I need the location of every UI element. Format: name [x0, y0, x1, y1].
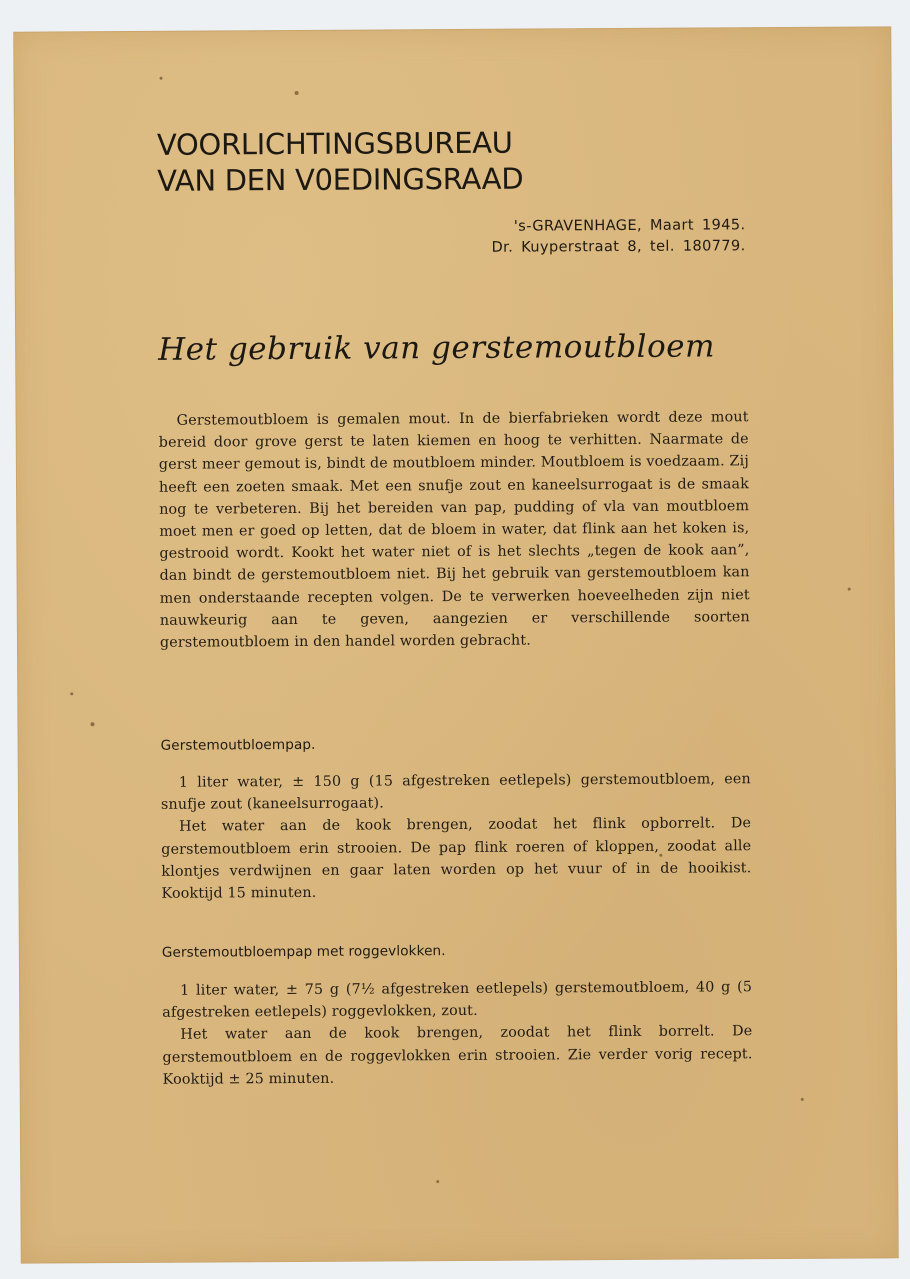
recipe-body: 1 liter water, ± 150 g (15 afgestreken e…: [161, 768, 752, 905]
organization-letterhead: VOORLICHTINGSBUREAU VAN DEN V0EDINGSRAAD: [157, 125, 524, 199]
document-page: VOORLICHTINGSBUREAU VAN DEN V0EDINGSRAAD…: [14, 27, 897, 1262]
paper-speck: [436, 1180, 439, 1183]
paper-speck: [90, 722, 94, 726]
paper-speck: [848, 588, 851, 591]
paper-speck: [295, 91, 299, 95]
paper-speck: [659, 854, 662, 857]
recipe-method: Het water aan de kook brengen, zoodat he…: [162, 1021, 752, 1091]
place-date: 's-GRAVENHAGE, Maart 1945.: [491, 215, 745, 238]
recipe-body: 1 liter water, ± 75 g (7½ afgestreken ee…: [162, 976, 753, 1091]
paper-speck: [801, 1098, 804, 1101]
document-title: Het gebruik van gerstemoutbloem: [158, 328, 715, 367]
paper-speck: [70, 692, 73, 695]
recipe-heading: Gerstemoutbloempap met roggevlokken.: [162, 943, 446, 961]
organization-name-line2: VAN DEN V0EDINGSRAAD: [157, 161, 523, 199]
intro-text: Gerstemoutbloem is gemalen mout. In de b…: [159, 406, 750, 654]
recipe-ingredients: 1 liter water, ± 75 g (7½ afgestreken ee…: [162, 976, 752, 1024]
organization-name-line1: VOORLICHTINGSBUREAU: [157, 125, 523, 163]
paper-speck: [160, 77, 163, 80]
address-block: 's-GRAVENHAGE, Maart 1945. Dr. Kuyperstr…: [491, 215, 745, 259]
recipe-ingredients: 1 liter water, ± 150 g (15 afgestreken e…: [161, 768, 751, 816]
recipe-method: Het water aan de kook brengen, zoodat he…: [161, 813, 752, 905]
street-phone: Dr. Kuyperstraat 8, tel. 180779.: [492, 236, 746, 259]
recipe-heading: Gerstemoutbloempap.: [161, 737, 316, 754]
intro-paragraph: Gerstemoutbloem is gemalen mout. In de b…: [159, 406, 750, 654]
